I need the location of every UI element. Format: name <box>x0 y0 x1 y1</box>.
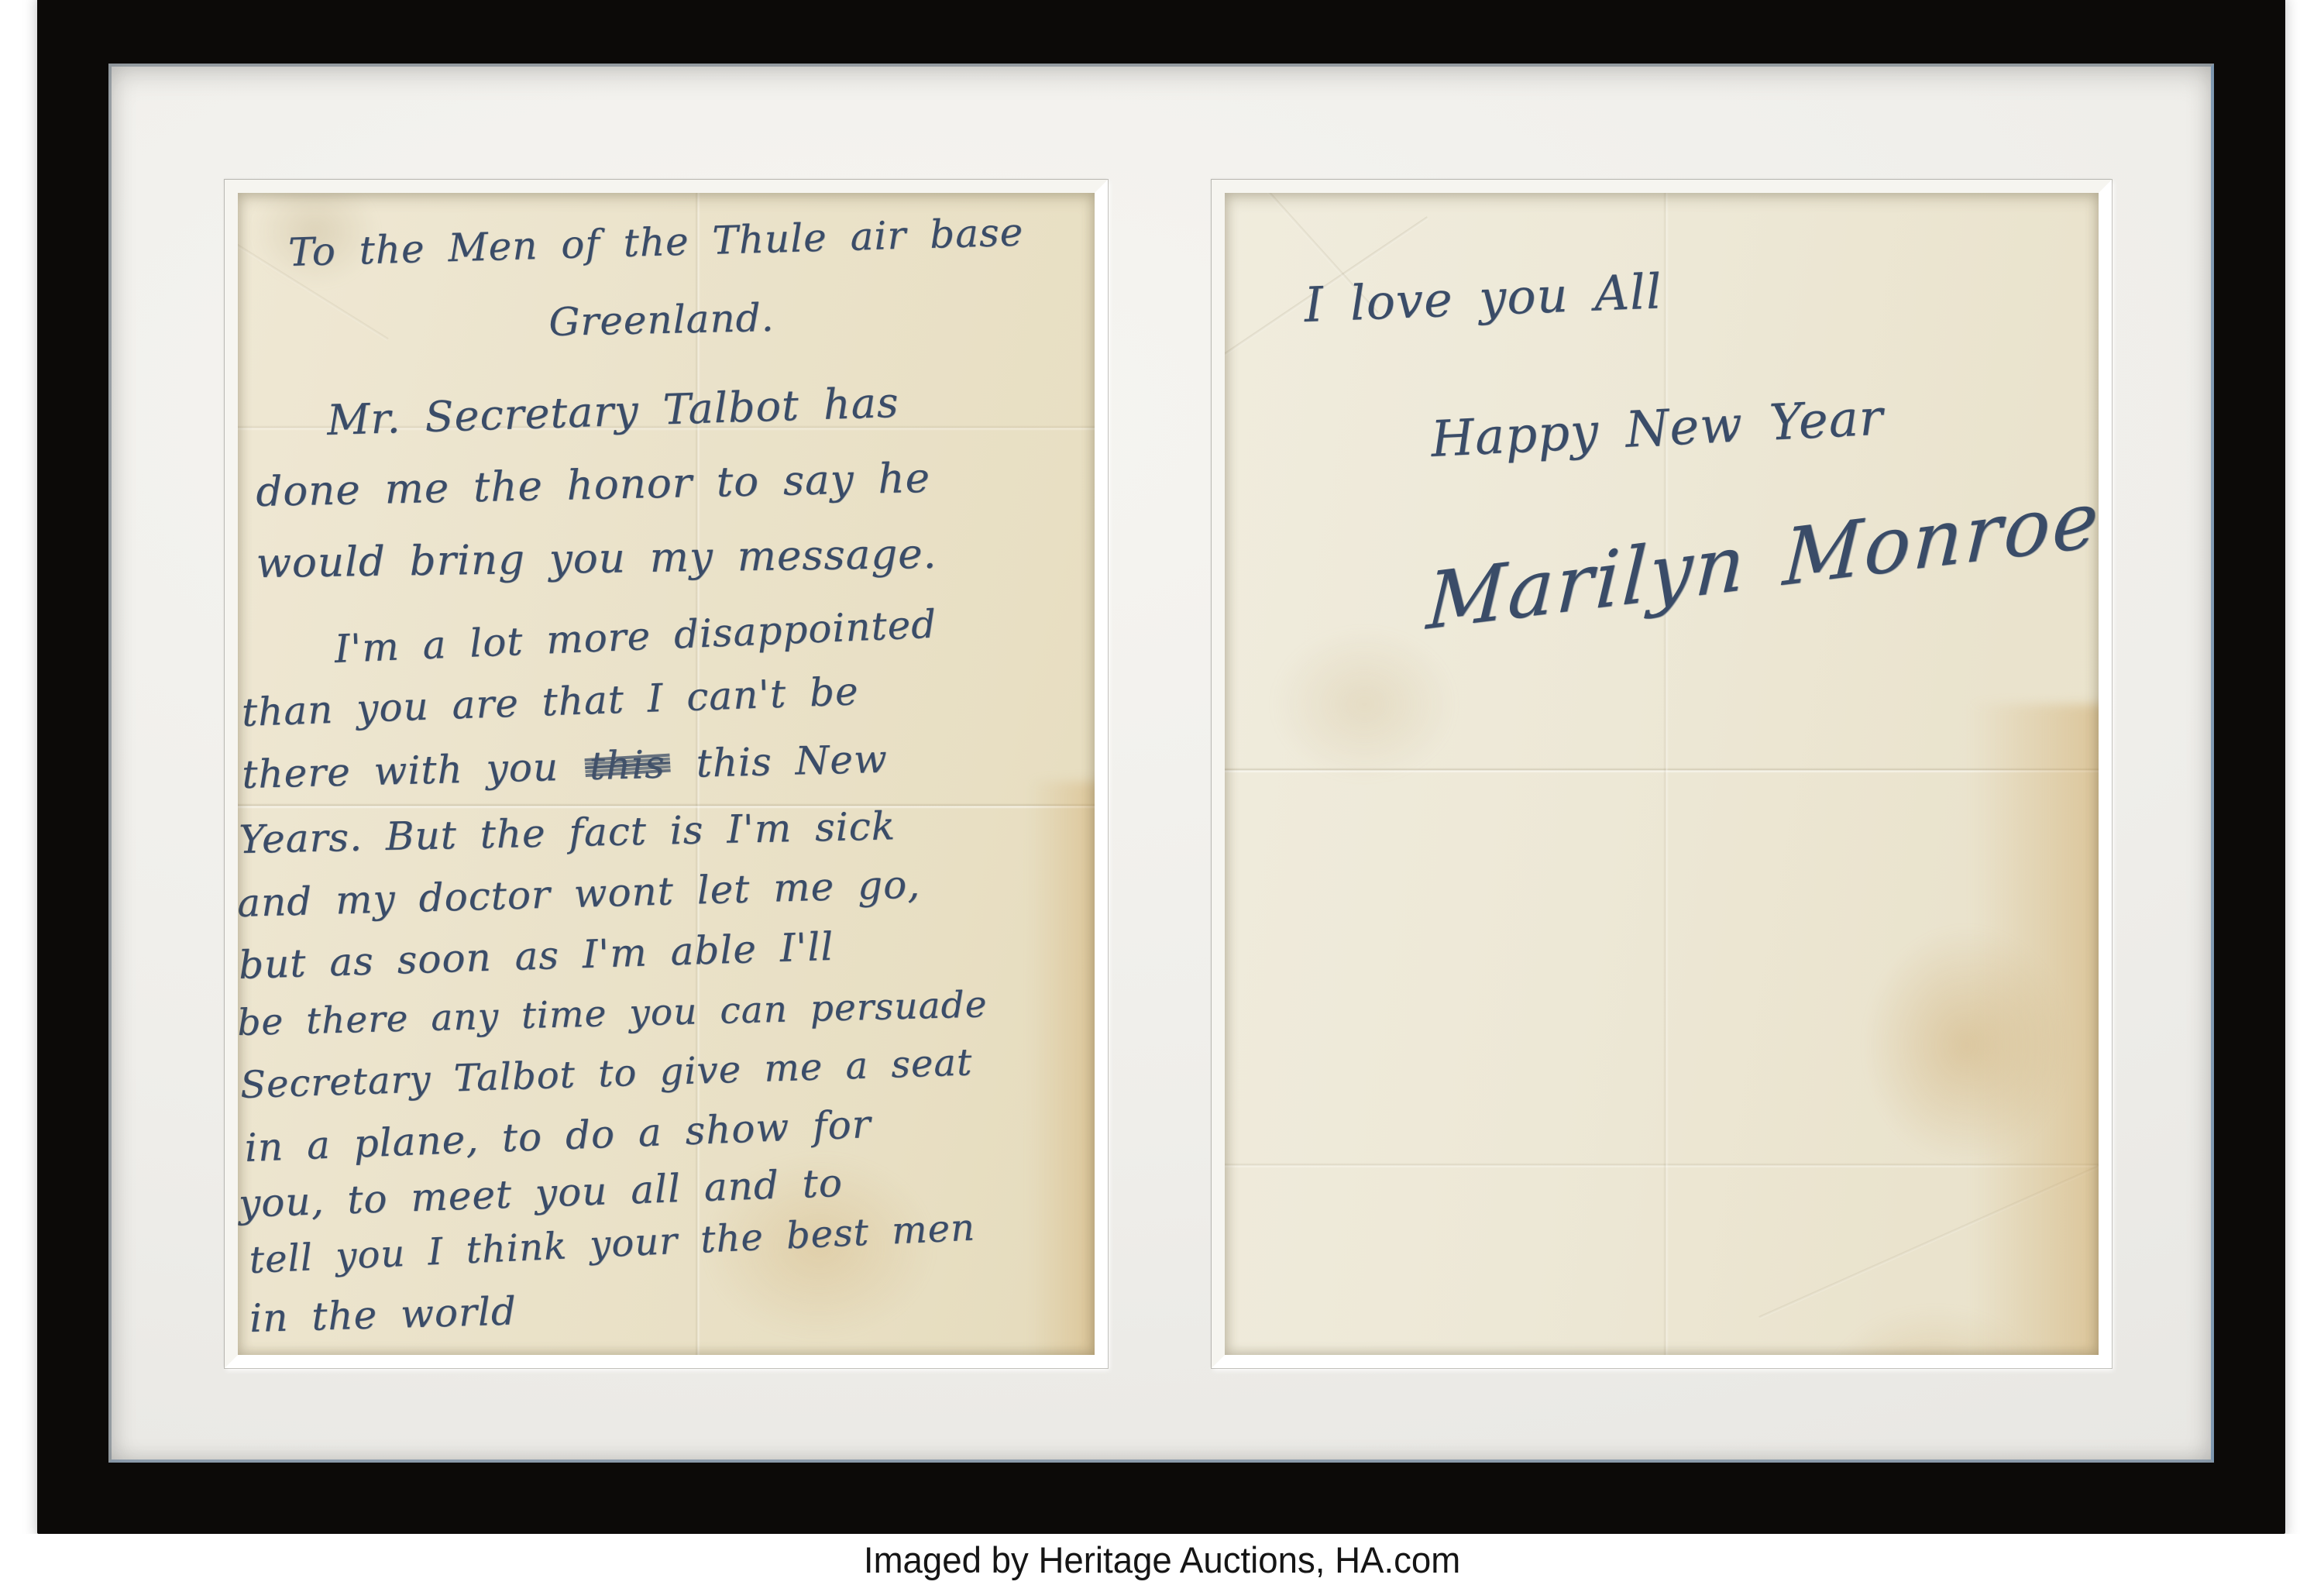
paper-crease <box>1663 193 1669 1355</box>
letter-line: I love you All <box>1303 263 1663 333</box>
letter-page2: I love you All Happy New Year Marilyn Mo… <box>1225 193 2099 1355</box>
paper-stain <box>1820 1308 2052 1355</box>
paper-stain <box>1971 704 2099 1355</box>
letter-line: but as soon as I'm able I'll <box>238 924 834 988</box>
letter-line: in the world <box>249 1288 517 1341</box>
letter-line: Years. But the fact is I'm sick <box>239 803 896 862</box>
letter-text: this New <box>696 737 888 786</box>
mat-window-page2: I love you All Happy New Year Marilyn Mo… <box>1212 180 2112 1368</box>
mat-board: To the Men of the Thule air base Greenla… <box>108 64 2214 1463</box>
letter-line: done me the honor to say he <box>256 455 931 516</box>
auction-photo: To the Men of the Thule air base Greenla… <box>0 0 2324 1585</box>
letter-page1: To the Men of the Thule air base Greenla… <box>238 193 1095 1355</box>
letter-line: I'm a lot more disappointed <box>334 601 938 672</box>
paper-stain <box>1866 929 2068 1161</box>
letter-line: and my doctor wont let me go, <box>238 861 921 926</box>
letter-line-with-strikethrough: there with you this this New <box>242 737 889 797</box>
caption-bar: Imaged by Heritage Auctions, HA.com <box>0 1534 2324 1585</box>
paper-crease <box>1225 1163 2099 1168</box>
letter-line: be there any time you can persuade <box>238 983 988 1044</box>
frame-opening: To the Men of the Thule air base Greenla… <box>108 64 2214 1463</box>
paper-crease <box>1758 1153 2099 1319</box>
paper-stain <box>1271 627 1457 782</box>
caption-text: Imaged by Heritage Auctions, HA.com <box>864 1539 1460 1581</box>
letter-line: Greenland. <box>548 295 775 345</box>
letter-line: in a plane, to do a show for <box>244 1102 872 1171</box>
scribbled-out-word: this <box>589 742 665 789</box>
letter-line: would bring you my message. <box>256 531 937 587</box>
paper-stain <box>1029 782 1095 1355</box>
letter-line: Secretary Talbot to give me a seat <box>239 1040 973 1107</box>
paper-crease <box>1225 768 2099 773</box>
letter-line: Mr. Secretary Talbot has <box>326 378 899 445</box>
letter-line: than you are that I can't be <box>241 669 859 735</box>
letter-text: there with you <box>242 744 559 797</box>
picture-frame: To the Men of the Thule air base Greenla… <box>37 0 2285 1534</box>
letter-line: To the Men of the Thule air base <box>287 210 1024 275</box>
letter-line: Happy New Year <box>1429 390 1885 469</box>
signature: Marilyn Monroe <box>1425 473 2099 648</box>
mat-window-page1: To the Men of the Thule air base Greenla… <box>225 180 1108 1368</box>
